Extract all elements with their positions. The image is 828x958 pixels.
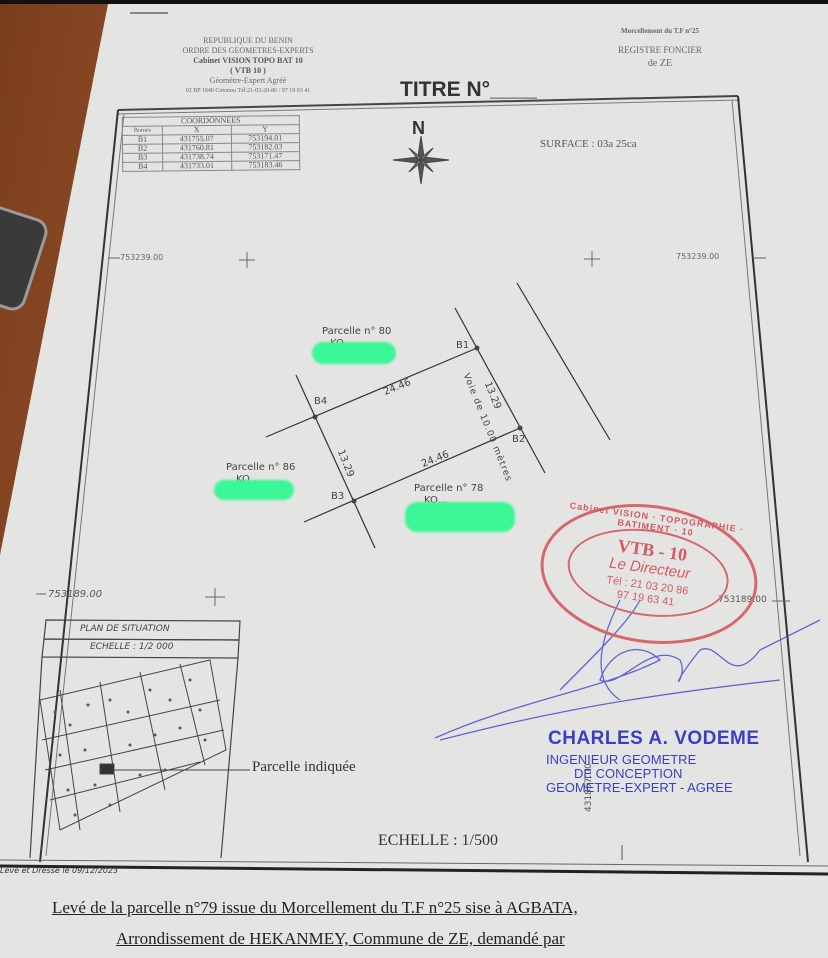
map-scale: ECHELLE : 1/500 <box>378 832 498 850</box>
neighbor-parcel-86: Parcelle n° 86 <box>226 462 295 473</box>
neighbor-parcel-80: Parcelle n° 80 <box>322 326 391 337</box>
footer-line-2: Arrondissement de HEKANMEY, Commune de Z… <box>116 929 565 949</box>
signatory-title-1: INGENIEUR GEOMETRE <box>546 752 696 767</box>
cell: 431733.01 <box>163 161 232 171</box>
borne-b1: B1 <box>456 340 469 351</box>
footer-line-1: Levé de la parcelle n°79 issue du Morcel… <box>52 898 578 918</box>
situation-mini-map <box>40 660 250 830</box>
coordinates-table: COORDONNEES Bornes X Y B1431755.07753194… <box>122 115 301 172</box>
grid-label-top-left: 753239.00 <box>120 253 163 262</box>
redaction-mark <box>214 480 294 500</box>
signatory-title-3: GEOMETRE-EXPERT - AGREE <box>546 780 733 795</box>
cell: 753183.46 <box>231 161 300 171</box>
borne-b4: B4 <box>314 396 327 407</box>
redaction-mark <box>312 342 396 364</box>
grid-label-top-right: 753239.00 <box>676 252 719 261</box>
date-line: Levé et Dressé le 09/12/2023 <box>0 866 118 875</box>
signatory-title-2: DE CONCEPTION <box>574 766 682 781</box>
table-row: B4431733.01753183.46 <box>123 161 300 172</box>
top-edge <box>0 0 828 4</box>
situation-pointer-label: Parcelle indiquée <box>252 759 356 776</box>
situation-plan-title: PLAN DE SITUATION <box>80 624 170 634</box>
grid-label-bottom-left: 753189.00 <box>48 589 102 600</box>
redaction-mark <box>405 502 515 532</box>
signatory-name: CHARLES A. VODEME <box>548 728 760 750</box>
neighbor-parcel-78: Parcelle n° 78 <box>414 483 483 494</box>
borne-b3: B3 <box>331 491 344 502</box>
situation-plan-scale: ECHELLE : 1/2 000 <box>90 642 173 652</box>
borne-b2: B2 <box>512 434 525 445</box>
surface-value: SURFACE : 03a 25ca <box>540 138 637 150</box>
north-label: N <box>412 118 425 139</box>
cell: B4 <box>123 162 163 171</box>
survey-document: REPUBLIQUE DU BENIN ORDRE DES GEOMETRES-… <box>0 0 828 958</box>
